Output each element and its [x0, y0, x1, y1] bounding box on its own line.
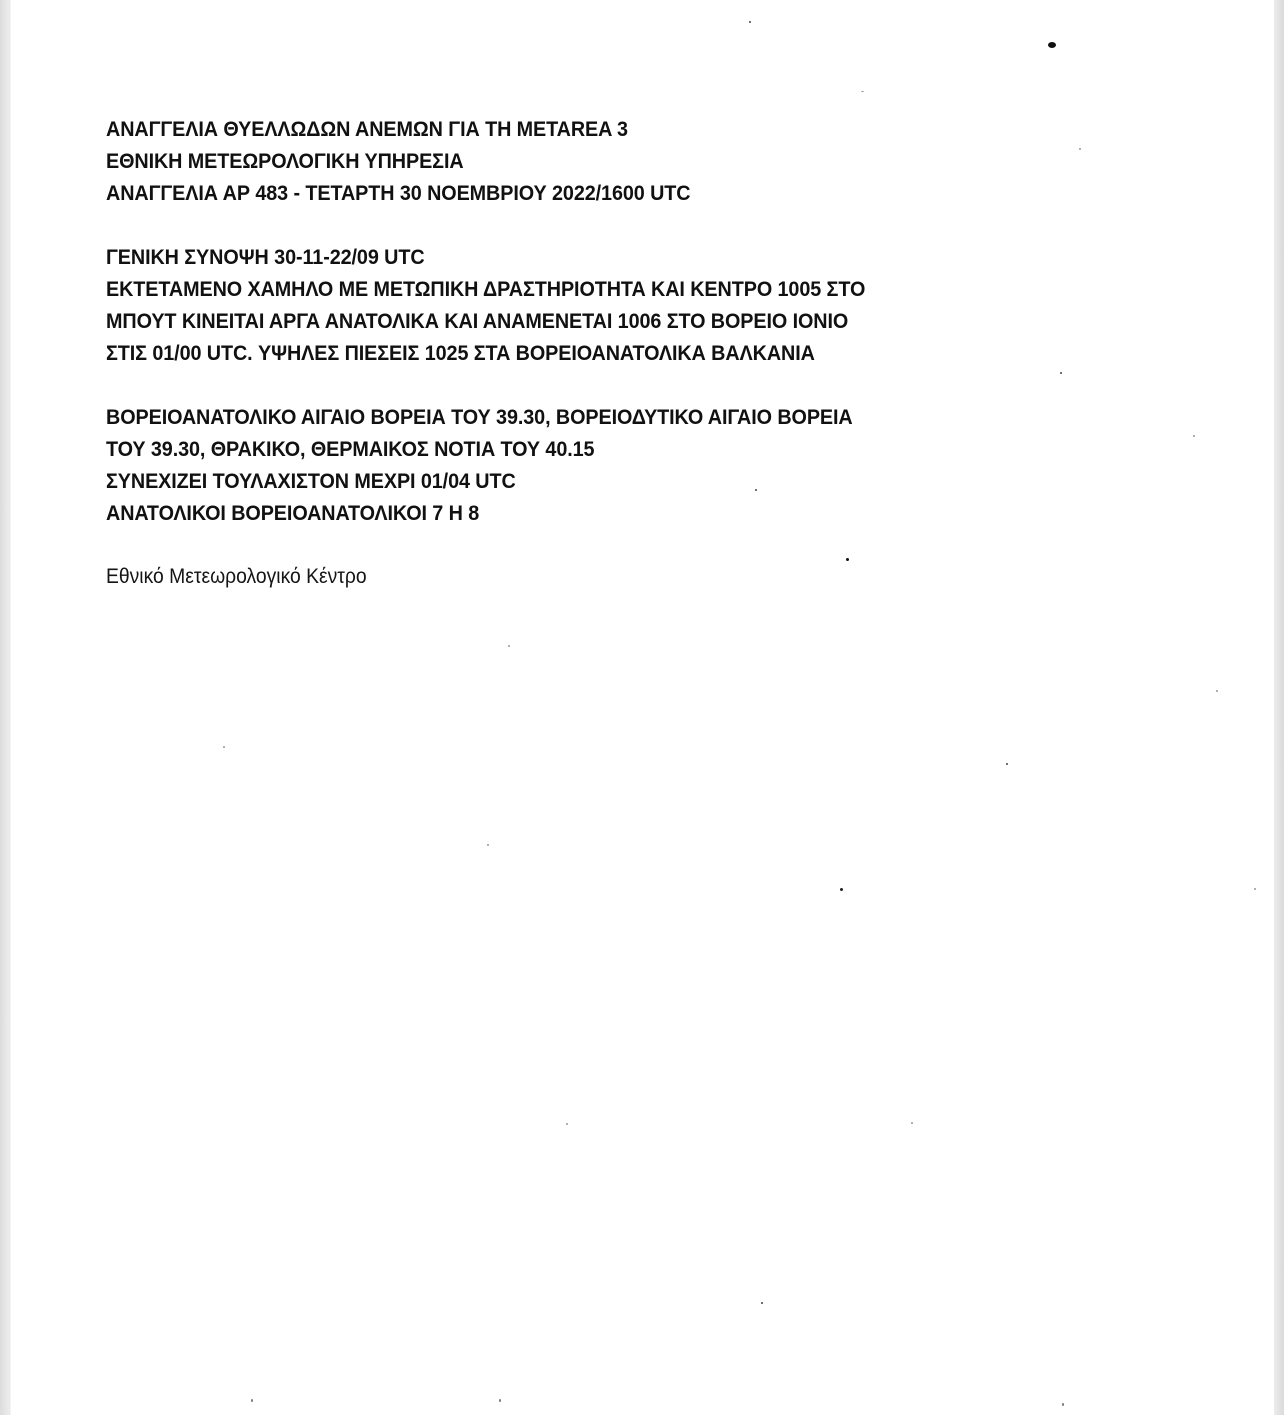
header-block: ΑΝΑΓΓΕΛΙΑ ΘΥΕΛΛΩΔΩΝ ΑΝΕΜΩΝ ΓΙΑ ΤΗ METARE…	[106, 113, 1106, 209]
scan-speck	[1006, 763, 1008, 765]
warning-block: ΒΟΡΕΙΟΑΝΑΤΟΛΙΚΟ ΑΙΓΑΙΟ ΒΟΡΕΙΑ ΤΟΥ 39.30,…	[106, 401, 1106, 529]
scan-speck	[840, 888, 843, 891]
synopsis-text: ΜΠΟΥΤ ΚΙΝΕΙΤΑΙ ΑΡΓΑ ΑΝΑΤΟΛΙΚΑ ΚΑΙ ΑΝΑΜΕΝ…	[106, 305, 1026, 337]
document-viewer: ΑΝΑΓΓΕΛΙΑ ΘΥΕΛΛΩΔΩΝ ΑΝΕΜΩΝ ΓΙΑ ΤΗ METARE…	[0, 0, 1284, 1415]
synopsis-heading: ΓΕΝΙΚΗ ΣΥΝΟΨΗ 30-11-22/09 UTC	[106, 241, 1026, 273]
header-bulletin-number: ΑΝΑΓΓΕΛΙΑ ΑΡ 483 - ΤΕΤΑΡΤΗ 30 ΝΟΕΜΒΡΙΟΥ …	[106, 177, 1026, 209]
warning-area: ΤΟΥ 39.30, ΘΡΑΚΙΚΟ, ΘΕΡΜΑΙΚΟΣ ΝΟΤΙΑ ΤΟΥ …	[106, 433, 1026, 465]
scan-speck	[1048, 42, 1056, 48]
scan-speck	[1254, 888, 1256, 890]
synopsis-block: ΓΕΝΙΚΗ ΣΥΝΟΨΗ 30-11-22/09 UTC ΕΚΤΕΤΑΜΕΝΟ…	[106, 241, 1106, 369]
synopsis-text: ΕΚΤΕΤΑΜΕΝΟ ΧΑΜΗΛΟ ΜΕ ΜΕΤΩΠΙΚΗ ΔΡΑΣΤΗΡΙΟΤ…	[106, 273, 1026, 305]
header-title: ΑΝΑΓΓΕΛΙΑ ΘΥΕΛΛΩΔΩΝ ΑΝΕΜΩΝ ΓΙΑ ΤΗ METARE…	[106, 113, 1026, 145]
header-agency: ΕΘΝΙΚΗ ΜΕΤΕΩΡΟΛΟΓΙΚΗ ΥΠΗΡΕΣΙΑ	[106, 145, 1026, 177]
scan-speck	[1193, 435, 1195, 437]
scan-speck	[566, 1123, 568, 1125]
spacer	[106, 209, 1106, 241]
scan-speck	[223, 746, 225, 748]
warning-duration: ΣΥΝΕΧΙΖΕΙ ΤΟΥΛΑΧΙΣΤΟΝ ΜΕΧΡΙ 01/04 UTC	[106, 465, 1026, 497]
spacer	[106, 529, 1106, 561]
signature: Εθνικό Μετεωρολογικό Κέντρο	[106, 561, 1026, 593]
scan-speck	[499, 1399, 501, 1402]
scan-speck	[911, 1122, 913, 1124]
scan-speck	[487, 844, 489, 846]
warning-wind-force: ΑΝΑΤΟΛΙΚΟΙ ΒΟΡΕΙΟΑΝΑΤΟΛΙΚΟΙ 7 Η 8	[106, 497, 1026, 529]
scan-speck	[251, 1399, 253, 1402]
scan-speck	[1062, 1403, 1064, 1406]
warning-area: ΒΟΡΕΙΟΑΝΑΤΟΛΙΚΟ ΑΙΓΑΙΟ ΒΟΡΕΙΑ ΤΟΥ 39.30,…	[106, 401, 1026, 433]
scan-speck	[1216, 690, 1218, 692]
document-page: ΑΝΑΓΓΕΛΙΑ ΘΥΕΛΛΩΔΩΝ ΑΝΕΜΩΝ ΓΙΑ ΤΗ METARE…	[11, 0, 1274, 1415]
scan-speck	[749, 21, 751, 23]
scan-speck	[861, 91, 864, 92]
spacer	[106, 369, 1106, 401]
scan-speck	[761, 1302, 763, 1304]
scan-speck	[508, 645, 510, 647]
synopsis-text: ΣΤΙΣ 01/00 UTC. ΥΨΗΛΕΣ ΠΙΕΣΕΙΣ 1025 ΣΤΑ …	[106, 337, 1026, 369]
weather-warning-document: ΑΝΑΓΓΕΛΙΑ ΘΥΕΛΛΩΔΩΝ ΑΝΕΜΩΝ ΓΙΑ ΤΗ METARE…	[106, 113, 1106, 593]
